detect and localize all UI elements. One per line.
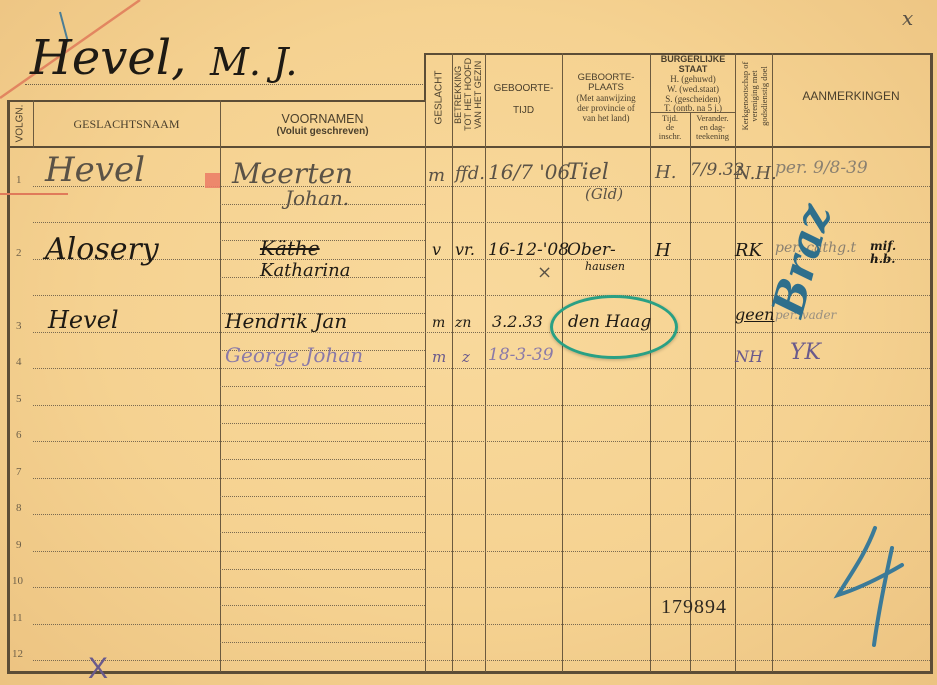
row4-sex: m bbox=[432, 348, 446, 366]
card-number: 179894 bbox=[661, 596, 727, 619]
row1-birth-place-2: (Gld) bbox=[585, 185, 623, 203]
row-number-4: 4 bbox=[16, 356, 22, 368]
header-geboortetijd: GEBOORTE- TIJD bbox=[485, 83, 562, 116]
header-burgerlijke-staat: BURGERLIJKE STAAT H. (gehuwd) W. (wed.st… bbox=[650, 55, 736, 114]
header-kerk-line3: godsdienstig doel bbox=[760, 53, 769, 139]
row1-remarks: per. 9/8-39 bbox=[775, 158, 868, 178]
header-geslacht: GESLACHT bbox=[434, 67, 445, 129]
col-divider-geslacht bbox=[452, 53, 453, 672]
row1-civil-status: H. bbox=[655, 162, 676, 183]
highlight-circle bbox=[550, 295, 678, 359]
row-number-10: 10 bbox=[12, 575, 23, 587]
row1-religion: N.H. bbox=[735, 163, 777, 184]
row1-surname: Hevel bbox=[45, 150, 145, 190]
header-betrekking: BETREKKING TOT HET HOOFD VAN HET GEZIN bbox=[454, 59, 484, 131]
row-number-3: 3 bbox=[16, 320, 22, 332]
row3-sex: m bbox=[432, 315, 445, 331]
header-geboorteplaats-line5: van het land) bbox=[562, 114, 650, 124]
top-right-mark: x bbox=[902, 6, 913, 30]
row4-relation: z bbox=[462, 348, 470, 366]
frame-left bbox=[7, 100, 10, 673]
row1-given-2: Johan. bbox=[285, 186, 349, 210]
row4-birth-date: 18-3-39 bbox=[488, 345, 554, 365]
row2-surname: Alosery bbox=[45, 232, 159, 267]
row3-birth-date: 3.2.33 bbox=[492, 312, 543, 331]
red-stamp-icon bbox=[205, 173, 220, 188]
row2-birth-place-1: Ober- bbox=[567, 240, 616, 260]
row2-birth-date: 16-12-'08 bbox=[488, 240, 569, 260]
header-bottom-rule bbox=[7, 146, 933, 148]
row1-birth-place-1: Tiel bbox=[567, 160, 609, 185]
header-verander-line3: teekening bbox=[690, 132, 735, 141]
header-geslachtsnaam: GESLACHTSNAAM bbox=[33, 118, 220, 132]
row1-relation: ffd. bbox=[455, 163, 485, 184]
row-number-6: 6 bbox=[16, 429, 22, 441]
header-voornamen: VOORNAMEN (Voluit geschreven) bbox=[220, 112, 425, 138]
row4-religion: NH bbox=[735, 347, 763, 366]
frame-bottom bbox=[7, 671, 933, 674]
row-number-12: 12 bbox=[12, 648, 23, 660]
bottom-x-mark: X bbox=[88, 652, 108, 685]
row4-remarks: YK bbox=[790, 340, 821, 365]
header-volgn: VOLGN. bbox=[15, 102, 26, 146]
row2-relation: vr. bbox=[455, 240, 475, 259]
col-divider-tijd bbox=[690, 112, 691, 672]
header-tijd-inschr: Tijd. de inschr. bbox=[650, 114, 690, 141]
header-geboorteplaats: GEBOORTE- PLAATS (Met aanwijzing der pro… bbox=[562, 73, 650, 124]
col-divider-geboorteplaats bbox=[650, 53, 651, 672]
row2-given-struck: Käthe bbox=[260, 236, 320, 260]
row2-civil-status: H bbox=[655, 240, 671, 261]
frame-top-left bbox=[7, 100, 425, 102]
col-divider-geboortetijd bbox=[562, 53, 563, 672]
row-number-9: 9 bbox=[16, 539, 22, 551]
header-verander: Verander. en dag- teekening bbox=[690, 114, 735, 141]
header-voornamen-sub: (Voluit geschreven) bbox=[220, 126, 425, 138]
row2-remarks-2: mif. h.b. bbox=[870, 240, 920, 266]
row3-surname: Hevel bbox=[48, 306, 119, 334]
row3-given-1: Hendrik Jan bbox=[225, 309, 347, 333]
frame-step bbox=[424, 53, 426, 101]
col-divider-kerk bbox=[772, 53, 773, 672]
row-number-8: 8 bbox=[16, 502, 22, 514]
row2-x-mark: × bbox=[537, 262, 552, 283]
blue-vertical-annotation: Braz bbox=[763, 199, 842, 322]
blue-large-number-4 bbox=[830, 520, 910, 650]
col-divider-betrekking bbox=[485, 53, 486, 672]
card-title-initials: M. J. bbox=[210, 40, 297, 84]
header-kerkgenootschap: Kerkgenootschap of vereniging met godsdi… bbox=[741, 53, 769, 139]
row3-relation: zn bbox=[455, 315, 471, 331]
row1-sex: m bbox=[428, 165, 445, 186]
row-number-1: 1 bbox=[16, 174, 22, 186]
row-number-5: 5 bbox=[16, 393, 22, 405]
row2-given-2: Katharina bbox=[260, 260, 350, 281]
card-title-surname: Hevel, bbox=[30, 30, 186, 86]
header-betrekking-line3: VAN HET GEZIN bbox=[474, 59, 484, 131]
row2-birth-place-2: hausen bbox=[585, 260, 625, 273]
row4-given-1: George Johan bbox=[225, 343, 363, 367]
title-dotted-line bbox=[25, 84, 425, 85]
header-geboortetijd-line1: GEBOORTE- bbox=[485, 83, 562, 95]
header-aanmerkingen: AANMERKINGEN bbox=[772, 90, 930, 104]
row2-sex: v bbox=[432, 240, 441, 259]
red-underline-mark bbox=[0, 193, 68, 195]
row2-religion: RK bbox=[735, 240, 762, 261]
header-tijd-line3: inschr. bbox=[650, 132, 690, 141]
row-number-7: 7 bbox=[16, 466, 22, 478]
row-number-2: 2 bbox=[16, 247, 22, 259]
header-voornamen-title: VOORNAMEN bbox=[220, 112, 425, 126]
row-number-11: 11 bbox=[12, 612, 23, 624]
row1-birth-date: 16/7 '06 bbox=[488, 160, 570, 184]
header-geboortetijd-line2: TIJD bbox=[485, 105, 562, 117]
